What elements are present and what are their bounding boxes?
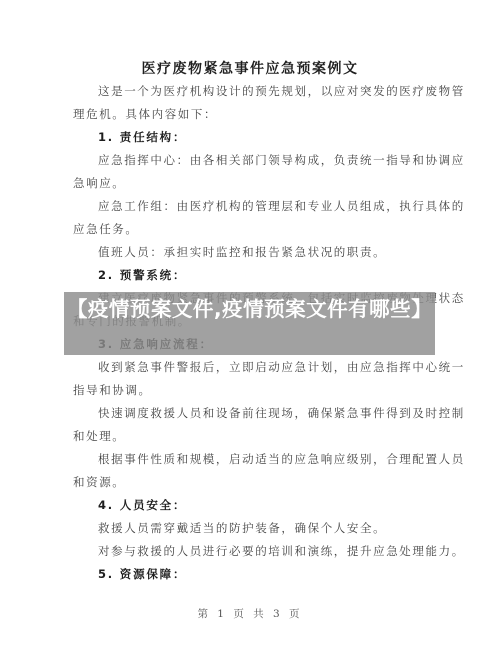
paragraph-line: 根据事件性质和规模，启动适当的应急响应级别，合理配置人员	[98, 452, 465, 466]
paragraph-line: 应急任务。	[73, 222, 139, 236]
paragraph-line: 值班人员：承担实时监控和报告紧急状况的职责。	[98, 245, 386, 259]
section-heading-4: 4. 人员安全：	[98, 498, 186, 512]
intro-line-1: 这是一个为医疗机构设计的预先规划，以应对突发的医疗废物管	[98, 84, 465, 98]
section-heading-1: 1. 责任结构：	[98, 130, 186, 144]
paragraph-line: 应急工作组：由医疗机构的管理层和专业人员组成，执行具体的	[98, 199, 465, 213]
document-title: 医疗废物紧急事件应急预案例文	[0, 58, 500, 78]
banner-title: 【疫情预案文件,疫情预案文件有哪些】	[64, 295, 435, 323]
title-overlay-banner: 【疫情预案文件,疫情预案文件有哪些】	[64, 292, 435, 355]
paragraph-line: 和处理。	[73, 429, 125, 443]
paragraph-line: 和资源。	[73, 475, 125, 489]
paragraph-line: 急响应。	[73, 176, 125, 190]
paragraph-line: 收到紧急事件警报后，立即启动应急计划，由应急指挥中心统一	[98, 360, 465, 374]
paragraph-line: 应急指挥中心：由各相关部门领导构成，负责统一指导和协调应	[98, 153, 465, 167]
intro-line-2: 理危机。具体内容如下：	[73, 107, 217, 121]
section-heading-2: 2. 预警系统：	[98, 268, 186, 282]
paragraph-line: 快速调度救援人员和设备前往现场，确保紧急事件得到及时控制	[98, 406, 465, 420]
paragraph-line: 救援人员需穿戴适当的防护装备，确保个人安全。	[98, 521, 386, 535]
paragraph-line: 对参与救援的人员进行必要的培训和演练，提升应急处理能力。	[98, 544, 465, 558]
section-heading-5: 5. 资源保障：	[98, 567, 186, 581]
paragraph-line: 指导和协调。	[73, 383, 152, 397]
page-number: 第 1 页 共 3 页	[0, 606, 500, 621]
